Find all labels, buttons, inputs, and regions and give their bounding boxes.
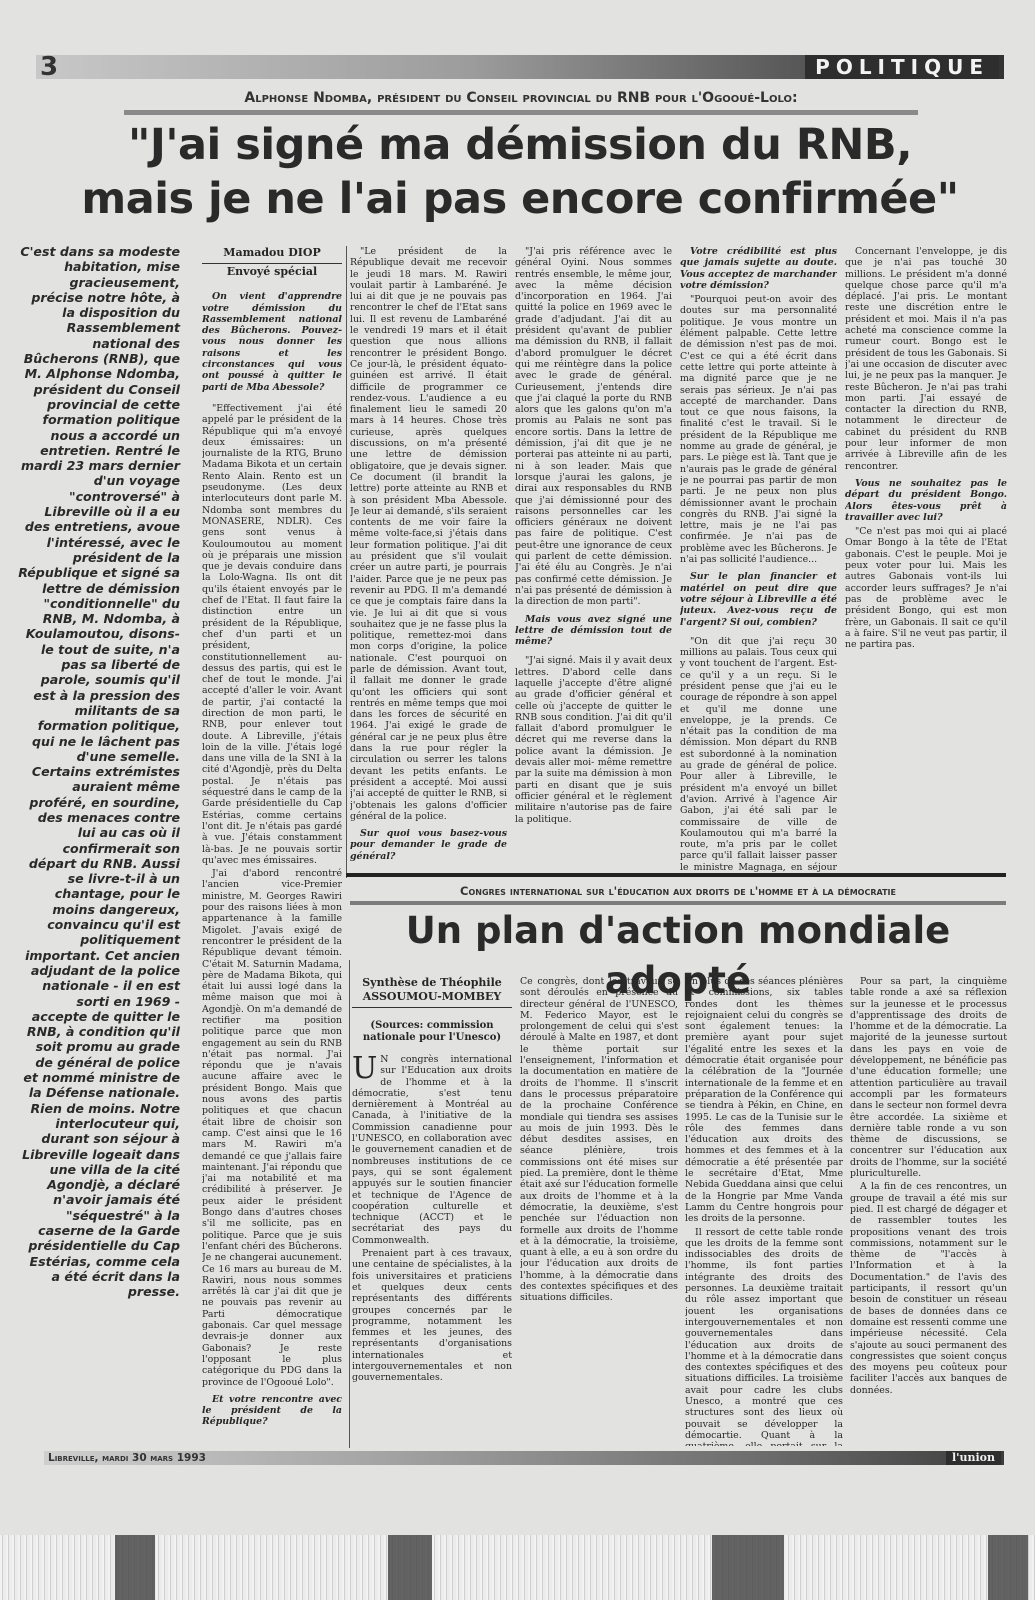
- article2-para-2: Prenaient part à ces travaux, une centai…: [352, 1248, 512, 1384]
- article2-column-3: En plus de ces séances plénières et comm…: [685, 976, 843, 1446]
- answer-6-para-1: "On dit que j'ai reçu 30 millions au pal…: [680, 636, 837, 872]
- article1-column-5: Concernant l'enveloppe, je dis que je n'…: [845, 246, 1007, 872]
- newspaper-page: 3 POLITIQUE Alphonse Ndomba, président d…: [0, 0, 1035, 1535]
- article2-sources: (Sources: commission nationale pour l'Un…: [356, 1020, 508, 1044]
- article2-para-4: En plus de ces séances plénières et comm…: [685, 976, 843, 1225]
- article1-column-3: "J'ai pris référence avec le général Oyi…: [515, 246, 672, 872]
- scan-artifact-strip: [0, 1535, 1035, 1600]
- answer-6-para-2: Concernant l'enveloppe, je dis que je n'…: [845, 246, 1007, 472]
- article1-column-4: Votre crédibilité est plus que jamais su…: [680, 246, 837, 872]
- question-5: Votre crédibilité est plus que jamais su…: [680, 246, 837, 291]
- answer-5-para-1: "Pourquoi peut-on avoir des doutes sur m…: [680, 294, 837, 565]
- article1-chapeau: C'est dans sa modeste habitation, mise g…: [18, 244, 180, 1299]
- article2-para-3: Ce congrès, dont les travaux se sont dér…: [520, 976, 678, 1304]
- article2-para-5: Il ressort de cette table ronde que les …: [685, 1227, 843, 1446]
- byline-role: Envoyé spécial: [202, 263, 342, 277]
- article2-para-6: Pour sa part, la cinquième table ronde a…: [850, 976, 1007, 1179]
- headline-line-2: mais je ne l'ai pas encore confirmée": [60, 172, 980, 226]
- drop-cap: U: [352, 1056, 377, 1082]
- question-3: Sur quoi vous basez-vous pour demander l…: [350, 828, 507, 862]
- answer-2-para-1: "Le président de la République devait me…: [350, 246, 507, 822]
- scan-artifact: [115, 1535, 155, 1600]
- answer-4-para-1: "J'ai signé. Mais il y avait deux lettre…: [515, 655, 672, 824]
- answer-3-para-1: "J'ai pris référence avec le général Oyi…: [515, 246, 672, 608]
- masthead-logo: l'union: [946, 1451, 1001, 1465]
- column-rule: [346, 246, 347, 878]
- article2-byline: Synthèse de Théophile ASSOUMOU-MOMBEY: [352, 976, 512, 1004]
- scan-artifact: [388, 1535, 432, 1600]
- article2-para-7: A la fin de ces rencontres, un groupe de…: [850, 1181, 1007, 1396]
- article2-column-1: Synthèse de Théophile ASSOUMOU-MOMBEY (S…: [352, 976, 512, 1446]
- byline: Mamadou DIOP: [202, 246, 342, 260]
- question-4: Mais vous avez signé une lettre de démis…: [515, 614, 672, 648]
- article-separator: [346, 873, 1006, 877]
- article1-kicker: Alphonse Ndomba, président du Conseil pr…: [124, 90, 918, 115]
- column-rule-article2: [349, 960, 350, 1448]
- article1-column-2: "Le président de la République devait me…: [350, 246, 507, 872]
- scan-artifact: [988, 1535, 1028, 1600]
- article1-headline: "J'ai signé ma démission du RNB, mais je…: [60, 118, 980, 226]
- question-7: Vous ne souhaitez pas le départ du prési…: [845, 478, 1007, 523]
- answer-1-para-2: J'ai d'abord rencontré l'ancien vice-Pre…: [202, 868, 342, 1388]
- question-2: Et votre rencontre avec le président de …: [202, 1394, 342, 1428]
- article2-column-2: Ce congrès, dont les travaux se sont dér…: [520, 976, 678, 1446]
- section-label: POLITIQUE: [805, 55, 999, 79]
- headline-line-1: "J'ai signé ma démission du RNB,: [60, 118, 980, 172]
- answer-1-para-1: "Effectivement j'ai été appelé par le pr…: [202, 403, 342, 866]
- answer-7-para-1: "Ce n'est pas moi qui ai placé Omar Bong…: [845, 526, 1007, 650]
- scan-artifact: [712, 1535, 784, 1600]
- byline-rule: [352, 1007, 512, 1008]
- dateline: Libreville, mardi 30 mars 1993: [48, 1451, 206, 1465]
- question-1: On vient d'apprendre votre démission du …: [202, 291, 342, 393]
- article2-kicker: Congres international sur l'éducation au…: [350, 884, 1006, 905]
- article2-column-4: Pour sa part, la cinquième table ronde a…: [850, 976, 1007, 1446]
- question-6: Sur le plan financier et matériel on peu…: [680, 571, 837, 627]
- page-number: 3: [40, 52, 58, 82]
- article1-column-1: Mamadou DIOP Envoyé spécial On vient d'a…: [202, 246, 342, 1441]
